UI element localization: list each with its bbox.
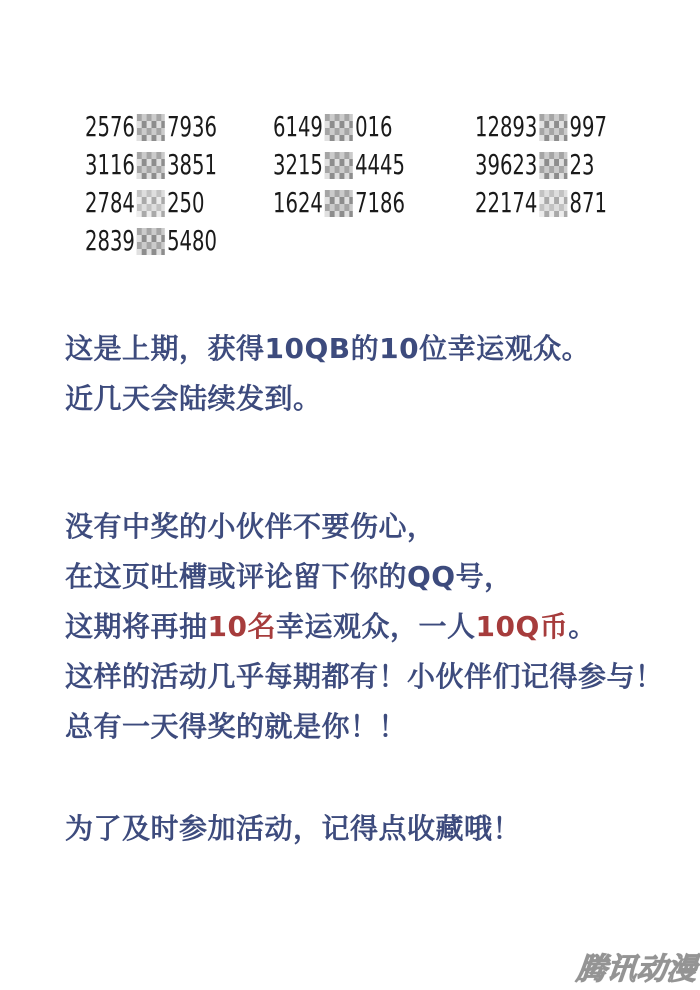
line3-highlight-count: 10名 [208, 610, 276, 643]
previous-round-line2: 近几天会陆续发到。 [65, 374, 590, 424]
qq-suffix: 4445 [355, 148, 405, 181]
winner-qq-number: 31163851 [85, 146, 217, 184]
qq-suffix: 5480 [167, 224, 217, 257]
winner-qq-number: 28395480 [85, 222, 217, 260]
line3-segment: 这期将再抽 [65, 610, 208, 643]
censored-digits-mosaic [137, 190, 165, 217]
winner-qq-number: 32154445 [273, 146, 414, 184]
qq-suffix: 997 [570, 110, 607, 143]
qq-prefix: 2576 [85, 110, 135, 143]
qq-prefix: 3215 [273, 148, 323, 181]
qq-suffix: 3851 [167, 148, 217, 181]
line3-segment: 幸运观众，一人 [276, 610, 476, 643]
winner-qq-number: 25767936 [85, 108, 217, 146]
censored-digits-mosaic [539, 114, 567, 141]
comic-announcement-page: 25767936 6149016 12893997 31163851 32154… [0, 0, 700, 990]
winner-qq-number: 16247186 [273, 184, 414, 222]
qq-prefix: 2839 [85, 224, 135, 257]
qq-prefix: 12893 [475, 110, 537, 143]
censored-digits-mosaic [137, 228, 165, 255]
censored-digits-mosaic [137, 114, 165, 141]
favorite-reminder-text: 为了及时参加活动，记得点收藏哦！ [65, 804, 521, 854]
winner-qq-number: 6149016 [273, 108, 414, 146]
qq-prefix: 3116 [85, 148, 135, 181]
censored-digits-mosaic [325, 152, 353, 179]
censored-digits-mosaic [137, 152, 165, 179]
censored-digits-mosaic [539, 152, 567, 179]
winner-qq-number: 22174871 [475, 184, 607, 222]
qq-prefix: 39623 [475, 148, 537, 181]
next-round-line2: 在这页吐槽或评论留下你的QQ号， [65, 552, 664, 602]
censored-digits-mosaic [539, 190, 567, 217]
next-round-line3: 这期将再抽10名幸运观众，一人10Q币。 [65, 602, 664, 652]
qq-suffix: 250 [167, 186, 204, 219]
qq-prefix: 6149 [273, 110, 323, 143]
next-round-line1: 没有中奖的小伙伴不要伤心， [65, 502, 664, 552]
line3-segment: 。 [568, 610, 597, 643]
censored-digits-mosaic [325, 190, 353, 217]
previous-round-note: 这是上期，获得10QB的10位幸运观众。 近几天会陆续发到。 [65, 324, 590, 424]
winner-qq-list: 25767936 6149016 12893997 31163851 32154… [85, 108, 664, 260]
qq-prefix: 2784 [85, 186, 135, 219]
line3-highlight-prize: 10Q币 [476, 610, 569, 643]
censored-digits-mosaic [325, 114, 353, 141]
qq-prefix: 22174 [475, 186, 537, 219]
winner-qq-number: 12893997 [475, 108, 607, 146]
qq-suffix: 7936 [167, 110, 217, 143]
next-round-line5: 总有一天得奖的就是你！！ [65, 702, 664, 752]
previous-round-line1: 这是上期，获得10QB的10位幸运观众。 [65, 324, 590, 374]
favorite-reminder: 为了及时参加活动，记得点收藏哦！ [65, 804, 521, 854]
winner-qq-number: 3962323 [475, 146, 607, 184]
qq-suffix: 016 [355, 110, 392, 143]
next-round-note: 没有中奖的小伙伴不要伤心， 在这页吐槽或评论留下你的QQ号， 这期将再抽10名幸… [65, 502, 664, 752]
qq-prefix: 1624 [273, 186, 323, 219]
tencent-comics-watermark-logo: 腾讯动漫 [575, 944, 700, 988]
winner-qq-number: 2784250 [85, 184, 217, 222]
qq-suffix: 23 [570, 148, 595, 181]
qq-suffix: 871 [570, 186, 607, 219]
next-round-line4: 这样的活动几乎每期都有！小伙伴们记得参与！ [65, 652, 664, 702]
qq-suffix: 7186 [355, 186, 405, 219]
